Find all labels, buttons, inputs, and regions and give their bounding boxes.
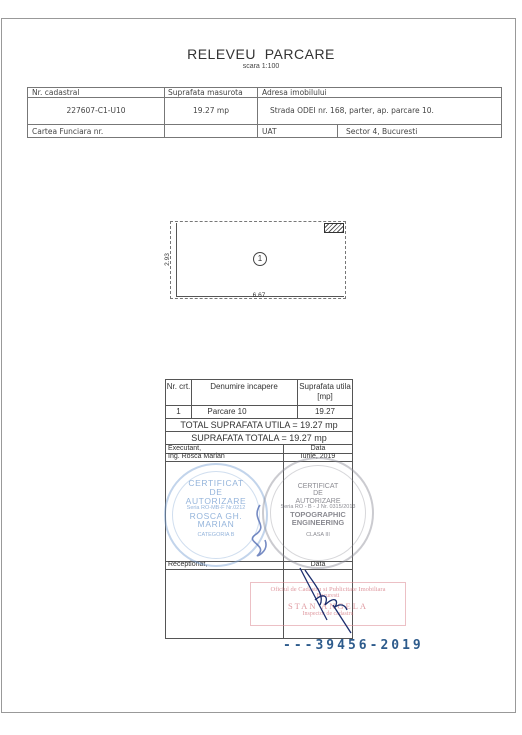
header-name: Denumire incapere [204, 382, 284, 392]
document-title: RELEVEU PARCARE [0, 46, 522, 62]
hatched-column-icon [324, 223, 344, 233]
total-useful-area: TOTAL SUPRAFATA UTILA = 19.27 mp [166, 419, 352, 431]
stamp-line: Oficiul de Cadastru si Publicitate Imobi… [251, 586, 405, 593]
executant-name: Ing. Rosca Marian [168, 453, 225, 461]
row-area: 19.27 [298, 406, 352, 418]
header-nr: Nr. crt. [166, 382, 191, 392]
cadastral-value: 227607-C1-U10 [28, 98, 164, 124]
cadastral-label: Nr. cadastral [32, 88, 79, 97]
land-book-label: Cartea Funciara nr. [32, 125, 103, 138]
header-area: Suprafata utila [mp] [298, 382, 352, 402]
height-dimension: 2.93 [164, 253, 171, 266]
stamp-line: Bucuresti [251, 593, 405, 599]
date-value: Iunie, 2019 [284, 453, 352, 461]
stamp-line: STAN ANGELA [251, 601, 405, 611]
stamp-line: Inspector de cadastru [251, 611, 405, 617]
address-label: Adresa imobilului [262, 88, 327, 97]
document-scale: scara 1:100 [0, 63, 522, 70]
room-number-marker: 1 [253, 252, 267, 266]
info-table: Nr. cadastral Suprafata masurota Adresa … [27, 87, 502, 138]
measured-area-value: 19.27 mp [165, 98, 257, 124]
executant-label: Executant, [168, 444, 201, 453]
registration-number: ---39456-2019 [283, 638, 424, 653]
uat-value: Sector 4, Bucuresti [346, 125, 417, 138]
address-value: Strada ODEI nr. 168, parter, ap. parcare… [270, 98, 434, 124]
floor-plan: 1 6.67 2.93 [170, 221, 346, 299]
uat-label: UAT [262, 125, 277, 138]
received-date-label: Data [284, 561, 352, 569]
date-label: Data [284, 444, 352, 453]
received-label: Receptionat, [168, 561, 207, 569]
width-dimension: 6.67 [171, 292, 347, 299]
row-nr: 1 [166, 406, 191, 418]
cadastre-office-stamp: Oficiul de Cadastru si Publicitate Imobi… [250, 582, 406, 626]
row-name: Parcare 10 [192, 406, 262, 418]
measured-area-label: Suprafata masurota [168, 88, 243, 97]
total-area: SUPRAFATA TOTALA = 19.27 mp [166, 432, 352, 444]
